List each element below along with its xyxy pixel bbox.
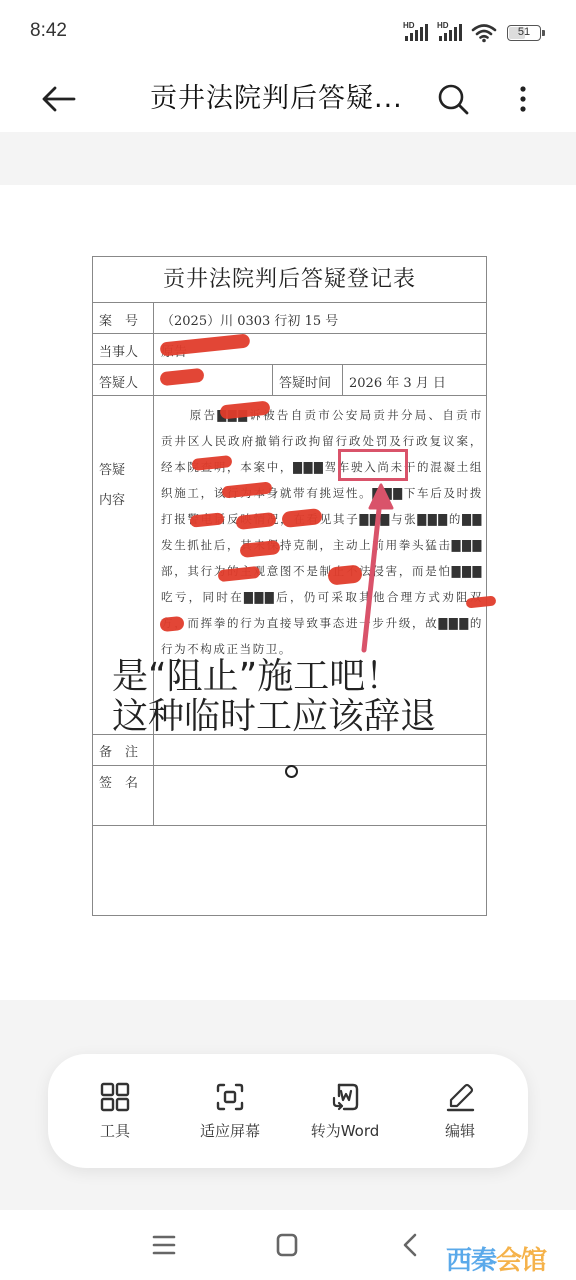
battery-icon: 51 <box>507 25 541 41</box>
respondent-label: 答疑人 <box>99 372 138 391</box>
qa-time-label: 答疑时间 <box>279 372 331 391</box>
grid-icon <box>100 1082 130 1112</box>
case-number-value: （2025）川 0303 行初 15 号 <box>161 310 338 329</box>
bottom-toolbar: 工具 适应屏幕 转为Word 编辑 <box>48 1054 528 1168</box>
remarks-label: 备 注 <box>99 741 138 760</box>
app-bar: 贡井法院判后答疑... <box>0 66 576 132</box>
convert-to-word-button[interactable]: 转为Word <box>290 1082 400 1141</box>
pencil-icon <box>445 1082 475 1112</box>
form-title: 贡井法院判后答疑登记表 <box>93 257 486 302</box>
more-vertical-icon <box>506 76 540 122</box>
back-button[interactable] <box>36 76 82 122</box>
status-time: 8:42 <box>30 20 67 42</box>
edit-label: 编辑 <box>405 1120 515 1141</box>
wifi-icon <box>471 23 497 43</box>
more-options-button[interactable] <box>506 76 540 122</box>
convert-to-word-label: 转为Word <box>290 1120 400 1141</box>
signature-label: 签 名 <box>99 772 138 791</box>
search-button[interactable] <box>434 76 474 122</box>
watermark-logo: 西秦会馆 <box>446 1240 546 1277</box>
registration-form: 贡井法院判后答疑登记表 案 号 （2025）川 0303 行初 15 号 当事人… <box>92 256 487 916</box>
content-body: 原告▇▇▇诉被告自贡市公安局贡井分局、自贡市贡井区人民政府撤销行政拘留行政处罚及… <box>161 402 483 662</box>
hd-label: HD <box>403 21 415 30</box>
party-label: 当事人 <box>99 341 138 360</box>
tools-button[interactable]: 工具 <box>60 1082 170 1141</box>
status-bar: 8:42 HD HD 51 <box>0 0 576 66</box>
cellular-signal-icon: HD <box>403 23 433 43</box>
fit-screen-icon <box>215 1082 245 1112</box>
back-icon <box>393 1230 429 1260</box>
annotation-period <box>285 765 298 778</box>
viewer-background <box>0 132 576 185</box>
battery-level: 51 <box>508 26 540 39</box>
convert-word-icon <box>330 1082 360 1112</box>
home-button[interactable] <box>269 1230 305 1260</box>
home-icon <box>269 1230 305 1260</box>
content-label-1: 答疑 <box>99 459 125 478</box>
tools-label: 工具 <box>60 1120 170 1141</box>
hd-label: HD <box>437 21 449 30</box>
status-icons: HD HD 51 <box>403 22 541 44</box>
system-back-button[interactable] <box>393 1230 429 1260</box>
content-label-2: 内容 <box>99 489 125 508</box>
document-title: 贡井法院判后答疑... <box>150 76 403 122</box>
fit-screen-label: 适应屏幕 <box>175 1120 285 1141</box>
highlight-box <box>338 449 408 481</box>
content-paragraph: 原告▇▇▇诉被告自贡市公安局贡井分局、自贡市贡井区人民政府撤销行政拘留行政处罚及… <box>161 402 483 662</box>
watermark-part-1: 西秦 <box>446 1246 496 1276</box>
arrow-left-icon <box>36 76 82 122</box>
menu-icon <box>146 1230 182 1260</box>
cellular-signal-icon-2: HD <box>437 23 467 43</box>
qa-time-value: 2026 年 3 月 日 <box>349 372 446 391</box>
search-icon <box>434 76 474 122</box>
watermark-part-2: 会馆 <box>496 1246 546 1276</box>
case-number-label: 案 号 <box>99 310 138 329</box>
fit-screen-button[interactable]: 适应屏幕 <box>175 1082 285 1141</box>
annotation-caption: 是“阻止”施工吧！ 这种临时工应该辞退 <box>112 657 492 737</box>
edit-button[interactable]: 编辑 <box>405 1082 515 1141</box>
recent-apps-button[interactable] <box>146 1230 182 1260</box>
